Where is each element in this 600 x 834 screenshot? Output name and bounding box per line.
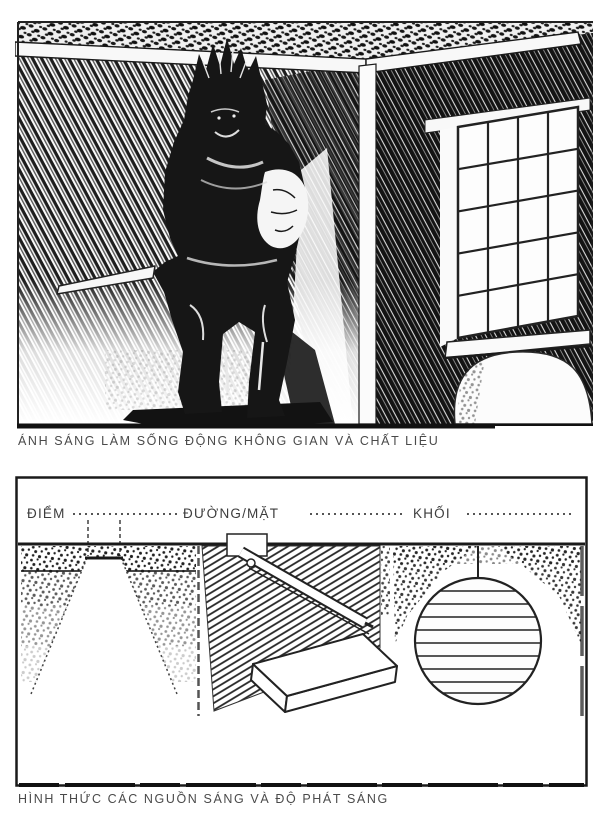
point-source-panel: [21, 546, 196, 694]
light-forms-diagram: ĐIỂM ĐƯỜNG/MẶT KHỐI: [15, 476, 588, 788]
figure2-caption: HÌNH THỨC CÁC NGUỒN SÁNG VÀ ĐỘ PHÁT SÁNG: [18, 792, 389, 807]
label-point: ĐIỂM: [27, 506, 66, 521]
corner-post: [359, 64, 376, 424]
statue-illustration: [15, 20, 597, 430]
book-page: ÁNH SÁNG LÀM SỐNG ĐỘNG KHÔNG GIAN VÀ CHẤ…: [0, 0, 600, 834]
figure2-panel: ĐIỂM ĐƯỜNG/MẶT KHỐI: [15, 476, 588, 788]
line-surface-panel: [202, 534, 397, 712]
figure1-panel: [15, 20, 597, 430]
tube-endcap-icon: [247, 559, 255, 567]
figure1-caption: ÁNH SÁNG LÀM SỐNG ĐỘNG KHÔNG GIAN VÀ CHẤ…: [18, 434, 439, 449]
label-volume: KHỐI: [413, 506, 451, 521]
window-jamb: [440, 127, 458, 347]
shoji-window: [458, 107, 578, 338]
label-line-surface: ĐƯỜNG/MẶT: [183, 506, 279, 521]
panel-separator-2: [381, 546, 390, 616]
paper-lantern: [415, 578, 541, 704]
